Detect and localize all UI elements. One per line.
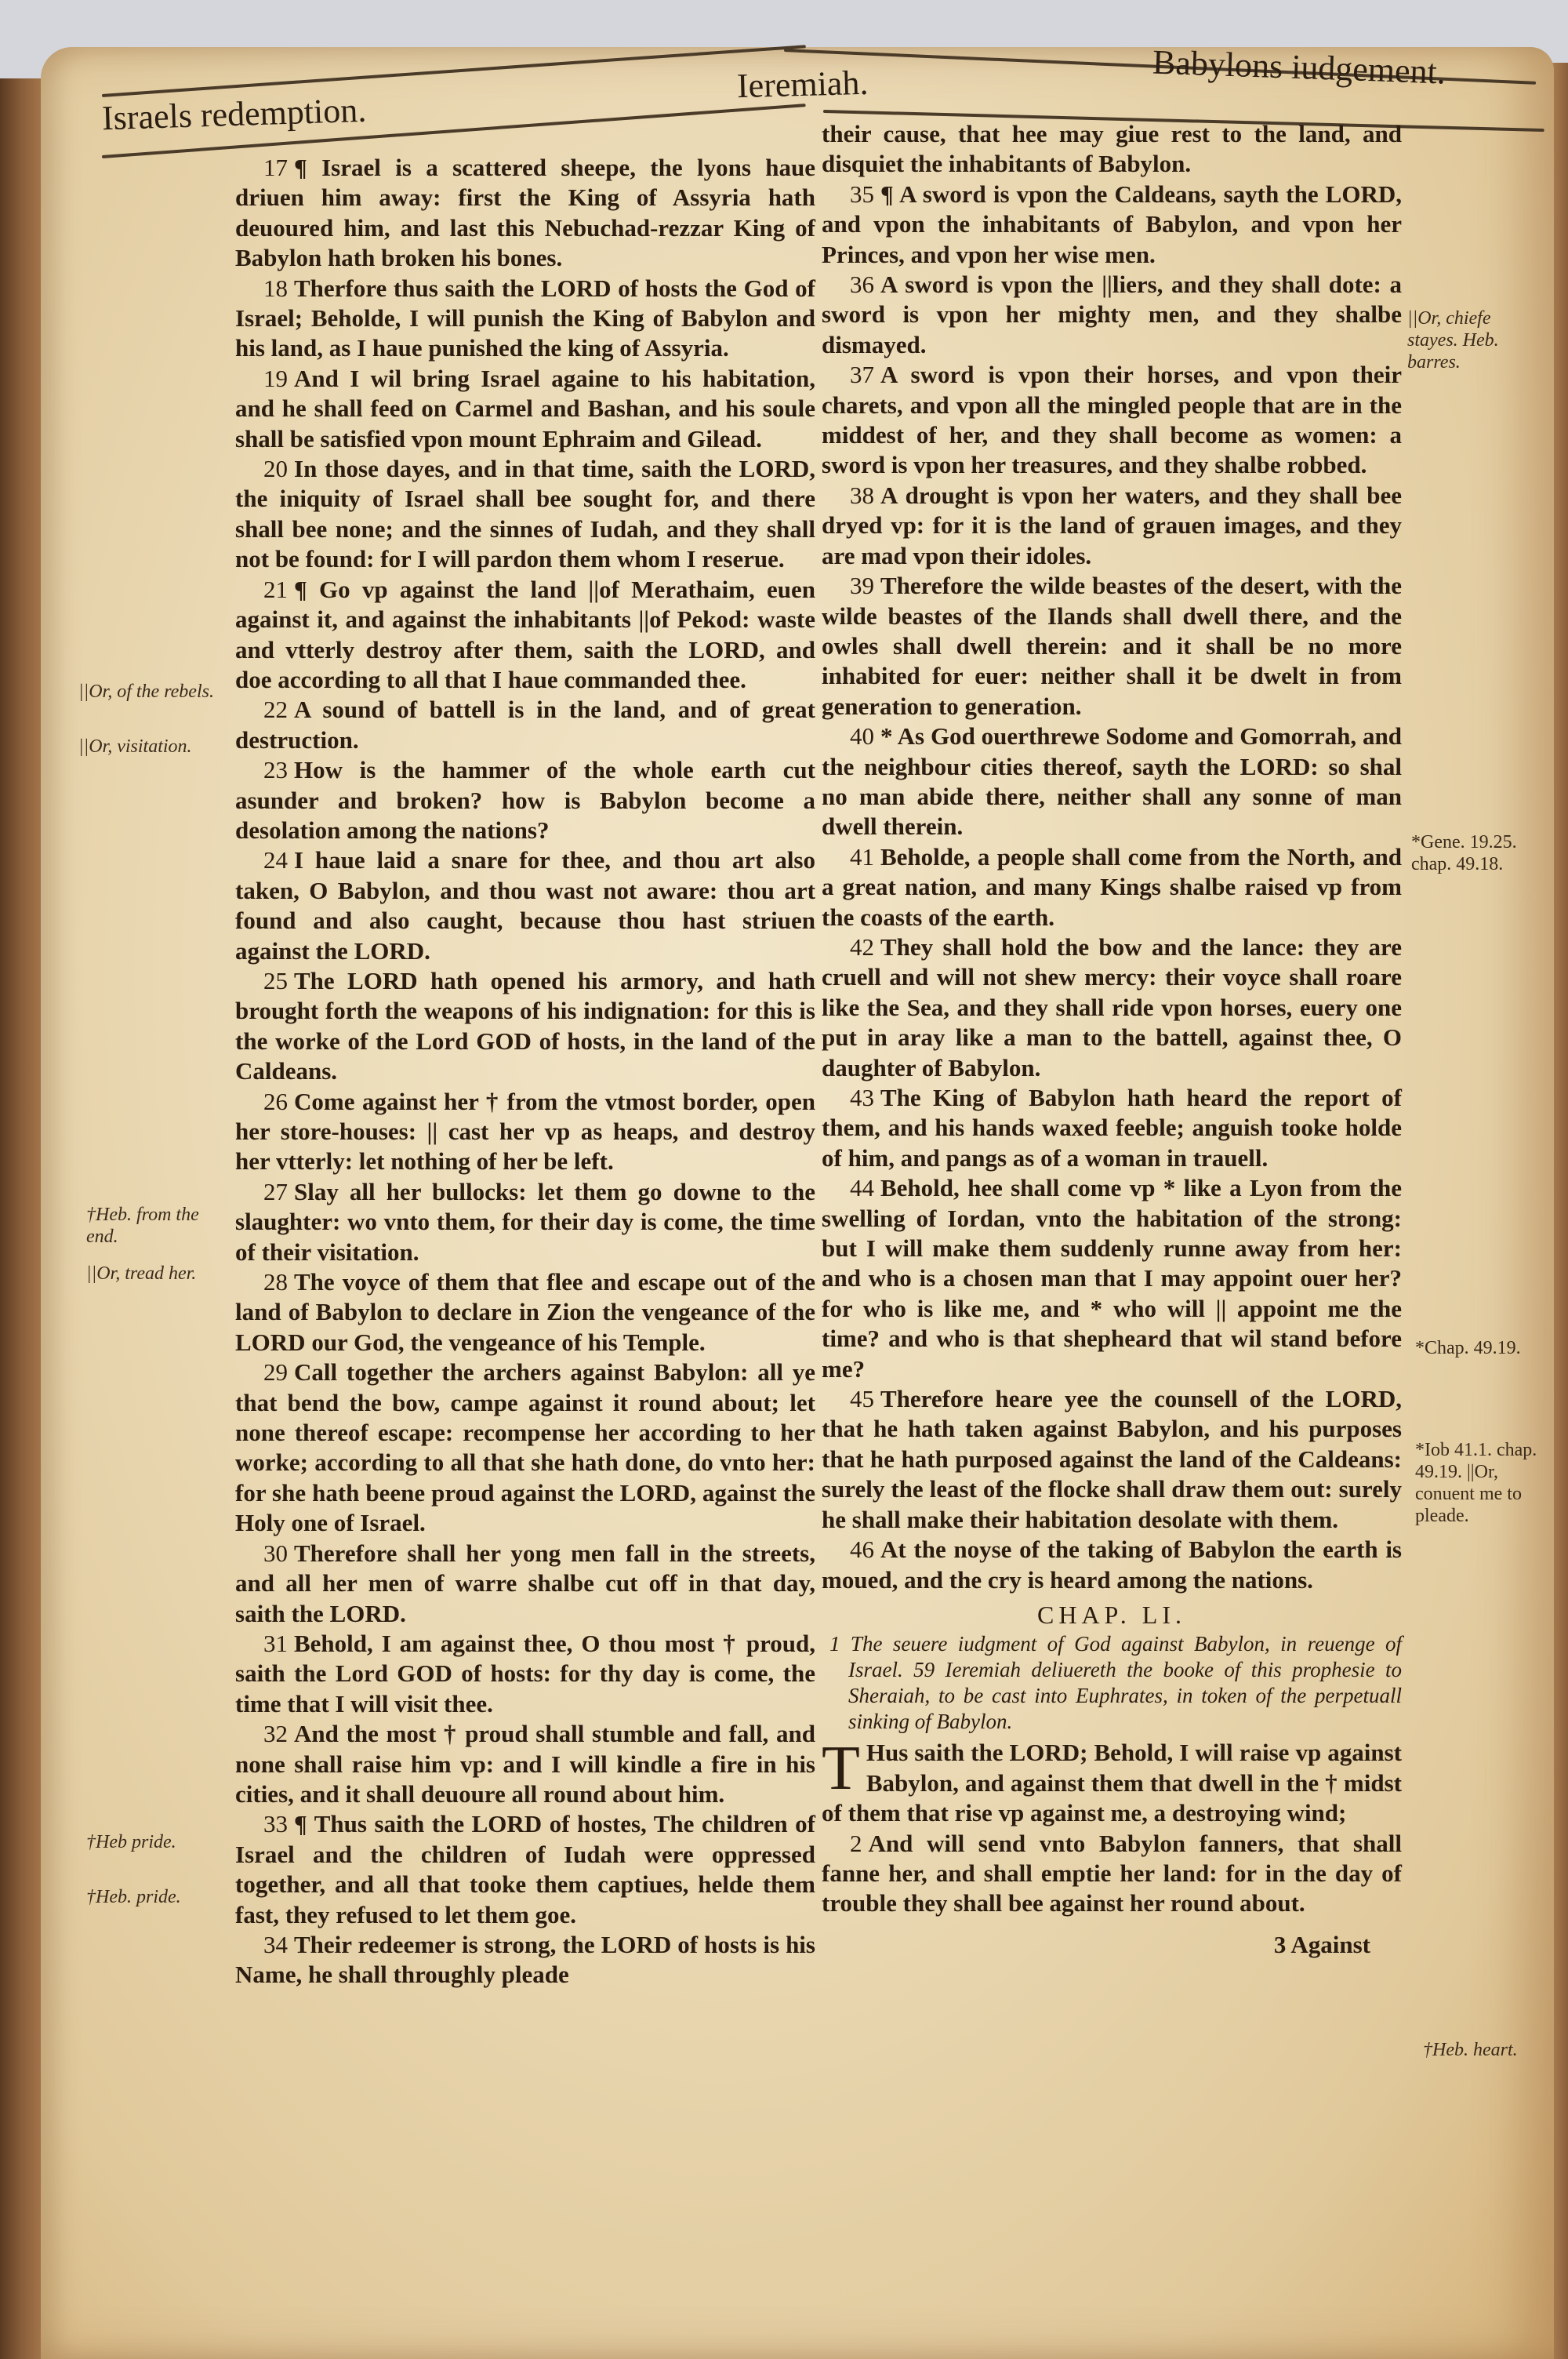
- margin-note-right: *Gene. 19.25. chap. 49.18.: [1411, 831, 1552, 875]
- chapter-verse-1: THus saith the LORD; Behold, I will rais…: [822, 1738, 1402, 1828]
- chapter-summary: 1 The seuere iudgment of God against Bab…: [822, 1631, 1402, 1735]
- verse-32: 32And the most † proud shall stumble and…: [235, 1719, 815, 1809]
- verse-19: 19And I wil bring Israel againe to his h…: [235, 364, 815, 454]
- verse-34-continued: their cause, that hee may giue rest to t…: [822, 119, 1402, 180]
- margin-note-left: ||Or, of the rebels.: [78, 681, 235, 703]
- margin-note-left: †Heb. pride.: [86, 1886, 235, 1908]
- verse-25: 25The LORD hath opened his armory, and h…: [235, 966, 815, 1087]
- catchword: 3 Against: [822, 1930, 1402, 1960]
- verse-38: 38A drought is vpon her waters, and they…: [822, 481, 1402, 571]
- verse-29: 29Call together the archers against Baby…: [235, 1358, 815, 1538]
- margin-note-left: ||Or, visitation.: [78, 736, 235, 758]
- margin-note-right: †Heb. heart.: [1423, 2039, 1541, 2061]
- verse-24: 24I haue laid a snare for thee, and thou…: [235, 845, 815, 966]
- running-head-center: Ieremiah.: [736, 63, 869, 106]
- margin-note-left: †Heb pride.: [86, 1831, 235, 1853]
- verse-23: 23How is the hammer of the whole earth c…: [235, 755, 815, 845]
- verse-22: 22A sound of battell is in the land, and…: [235, 695, 815, 755]
- verse-39: 39Therefore the wilde beastes of the des…: [822, 571, 1402, 722]
- verse-30: 30Therefore shall her yong men fall in t…: [235, 1539, 815, 1629]
- verse-31: 31Behold, I am against thee, O thou most…: [235, 1629, 815, 1719]
- left-text-column: 17¶ Israel is a scattered sheepe, the ly…: [235, 153, 815, 1990]
- verse-35: 35¶ A sword is vpon the Caldeans, sayth …: [822, 180, 1402, 270]
- verse-34: 34Their redeemer is strong, the LORD of …: [235, 1930, 815, 1990]
- verse-27: 27Slay all her bullocks: let them go dow…: [235, 1177, 815, 1267]
- margin-note-left: †Heb. from the end.: [86, 1204, 235, 1248]
- drop-cap: T: [822, 1741, 860, 1796]
- verse-33: 33¶ Thus saith the LORD of hostes, The c…: [235, 1809, 815, 1930]
- margin-note-right: *Iob 41.1. chap. 49.19. ||Or, conuent me…: [1415, 1439, 1548, 1527]
- verse-37: 37A sword is vpon their horses, and vpon…: [822, 360, 1402, 481]
- margin-note-right: ||Or, chiefe stayes. Heb. barres.: [1407, 307, 1517, 373]
- margin-note-right: *Chap. 49.19.: [1415, 1337, 1556, 1359]
- verse-46: 46At the noyse of the taking of Babylon …: [822, 1535, 1402, 1595]
- verse-21: 21¶ Go vp against the land ||of Merathai…: [235, 575, 815, 696]
- right-text-column: their cause, that hee may giue rest to t…: [822, 119, 1402, 1960]
- verse-36: 36A sword is vpon the ||liers, and they …: [822, 270, 1402, 360]
- verse-44: 44Behold, hee shall come vp * like a Lyo…: [822, 1173, 1402, 1384]
- verse-40: 40* As God ouerthrewe Sodome and Gomorra…: [822, 722, 1402, 842]
- verse-45: 45Therefore heare yee the counsell of th…: [822, 1384, 1402, 1535]
- verse-18: 18Therfore thus saith the LORD of hosts …: [235, 274, 815, 364]
- running-head-left: Israels redemption.: [101, 90, 367, 139]
- chapter-verse-2: 2And will send vnto Babylon fanners, tha…: [822, 1829, 1402, 1919]
- verse-42: 42They shall hold the bow and the lance:…: [822, 932, 1402, 1083]
- verse-41: 41Beholde, a people shall come from the …: [822, 842, 1402, 932]
- verse-28: 28The voyce of them that flee and escape…: [235, 1267, 815, 1358]
- verse-26: 26Come against her † from the vtmost bor…: [235, 1087, 815, 1177]
- verse-43: 43The King of Babylon hath heard the rep…: [822, 1083, 1402, 1173]
- margin-note-left: ||Or, tread her.: [86, 1263, 235, 1285]
- verse-17: 17¶ Israel is a scattered sheepe, the ly…: [235, 153, 815, 274]
- chapter-heading: CHAP. LI.: [822, 1600, 1402, 1630]
- verse-20: 20In those dayes, and in that time, sait…: [235, 454, 815, 575]
